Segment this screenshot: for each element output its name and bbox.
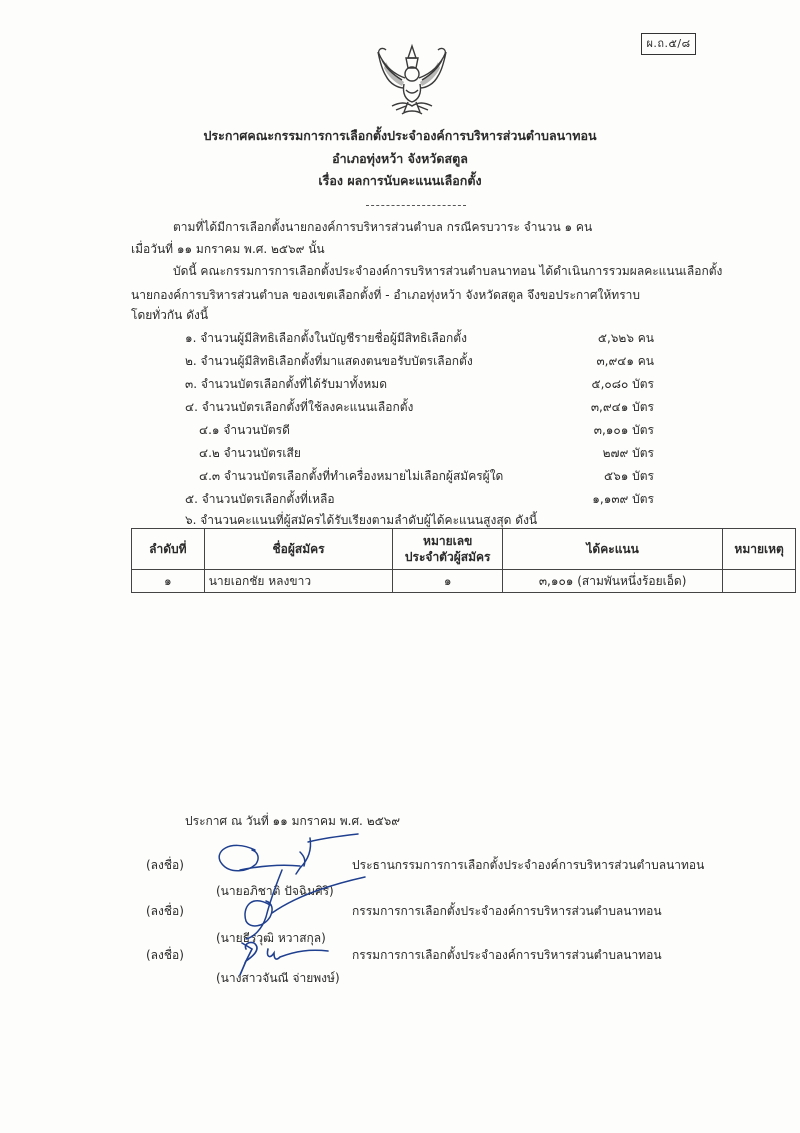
body-para2-line3: โดยทั่วกัน ดังนี้ — [131, 307, 208, 323]
signer-position: ประธานกรรมการการเลือกตั้งประจำองค์การบริ… — [352, 857, 704, 873]
cell-votes: ๓,๑๐๑ (สามพันหนึ่งร้อยเอ็ด) — [502, 570, 722, 593]
body-para2-line2: นายกองค์การบริหารส่วนตำบล ของเขตเลือกตั้… — [131, 287, 640, 303]
results-table: ลำดับที่ ชื่อผู้สมัคร หมายเลข ประจำตัวผู… — [131, 528, 796, 593]
header-note: หมายเหตุ — [723, 529, 796, 570]
announce-date: ประกาศ ณ วันที่ ๑๑ มกราคม พ.ศ. ๒๕๖๙ — [185, 813, 400, 829]
header-district: อำเภอทุ่งหว้า จังหวัดสตูล — [0, 151, 800, 167]
sign-label: (ลงชื่อ) — [146, 947, 184, 963]
item-value: ๒๗๙ บัตร — [514, 445, 654, 461]
signer-position: กรรมการการเลือกตั้งประจำองค์การบริหารส่ว… — [352, 947, 662, 963]
item-value: ๑,๑๓๙ บัตร — [514, 491, 654, 507]
header-candidate-number: หมายเลข ประจำตัวผู้สมัคร — [393, 529, 503, 570]
handwritten-signature-2-icon — [220, 865, 370, 944]
item-value: ๓,๙๔๑ คน — [514, 353, 654, 369]
sign-label: (ลงชื่อ) — [146, 857, 184, 873]
form-code-label: ผ.ถ.๕/๘ — [641, 33, 696, 55]
header-subject: เรื่อง ผลการนับคะแนนเลือกตั้ง — [0, 173, 800, 189]
item-label: ๕. จำนวนบัตรเลือกตั้งที่เหลือ — [185, 491, 335, 507]
sign-label: (ลงชื่อ) — [146, 903, 184, 919]
header-candidate-number-line2: ประจำตัวผู้สมัคร — [397, 549, 498, 565]
header-votes: ได้คะแนน — [502, 529, 722, 570]
item-label: ๑. จำนวนผู้มีสิทธิเลือกตั้งในบัญชีรายชื่… — [185, 330, 467, 346]
item-label: ๔. จำนวนบัตรเลือกตั้งที่ใช้ลงคะแนนเลือกต… — [185, 399, 413, 415]
header-title: ประกาศคณะกรรมการการเลือกตั้งประจำองค์การ… — [0, 128, 800, 144]
header-candidate-number-line1: หมายเลข — [397, 533, 498, 549]
item-value: ๓,๙๔๑ บัตร — [514, 399, 654, 415]
item-label: ๔.๒ จำนวนบัตรเสีย — [199, 445, 301, 461]
item-value: ๓,๑๐๑ บัตร — [514, 422, 654, 438]
item-label: ๔.๑ จำนวนบัตรดี — [199, 422, 290, 438]
signer-position: กรรมการการเลือกตั้งประจำองค์การบริหารส่ว… — [352, 903, 662, 919]
header-candidate-name: ชื่อผู้สมัคร — [204, 529, 393, 570]
cell-candidate-number: ๑ — [393, 570, 503, 593]
handwritten-signature-3-icon — [240, 935, 340, 979]
body-para1-line1: ตามที่ได้มีการเลือกตั้งนายกองค์การบริหาร… — [173, 219, 592, 235]
cell-candidate-name: นายเอกชัย หลงขาว — [204, 570, 393, 593]
item-label: ๒. จำนวนผู้มีสิทธิเลือกตั้งที่มาแสดงตนขอ… — [185, 353, 473, 369]
item-label: ๖. จำนวนคะแนนที่ผู้สมัครได้รับเรียงตามลำ… — [185, 512, 537, 528]
garuda-emblem-icon — [372, 40, 452, 122]
item-label: ๔.๓ จำนวนบัตรเลือกตั้งที่ทำเครื่องหมายไม… — [199, 468, 503, 484]
body-para1-line2: เมื่อวันที่ ๑๑ มกราคม พ.ศ. ๒๕๖๙ นั้น — [131, 241, 325, 257]
cell-note — [723, 570, 796, 593]
item-label: ๓. จำนวนบัตรเลือกตั้งที่ได้รับมาทั้งหมด — [185, 376, 387, 392]
table-header-row: ลำดับที่ ชื่อผู้สมัคร หมายเลข ประจำตัวผู… — [132, 529, 796, 570]
header-order: ลำดับที่ — [132, 529, 205, 570]
item-value: ๕,๐๘๐ บัตร — [514, 376, 654, 392]
table-row: ๑ นายเอกชัย หลงขาว ๑ ๓,๑๐๑ (สามพันหนึ่งร… — [132, 570, 796, 593]
cell-order: ๑ — [132, 570, 205, 593]
header-divider — [366, 205, 466, 206]
item-value: ๕,๖๒๖ คน — [514, 330, 654, 346]
body-para2-line1: บัดนี้ คณะกรรมการการเลือกตั้งประจำองค์กา… — [173, 263, 722, 279]
item-value: ๕๖๑ บัตร — [514, 468, 654, 484]
